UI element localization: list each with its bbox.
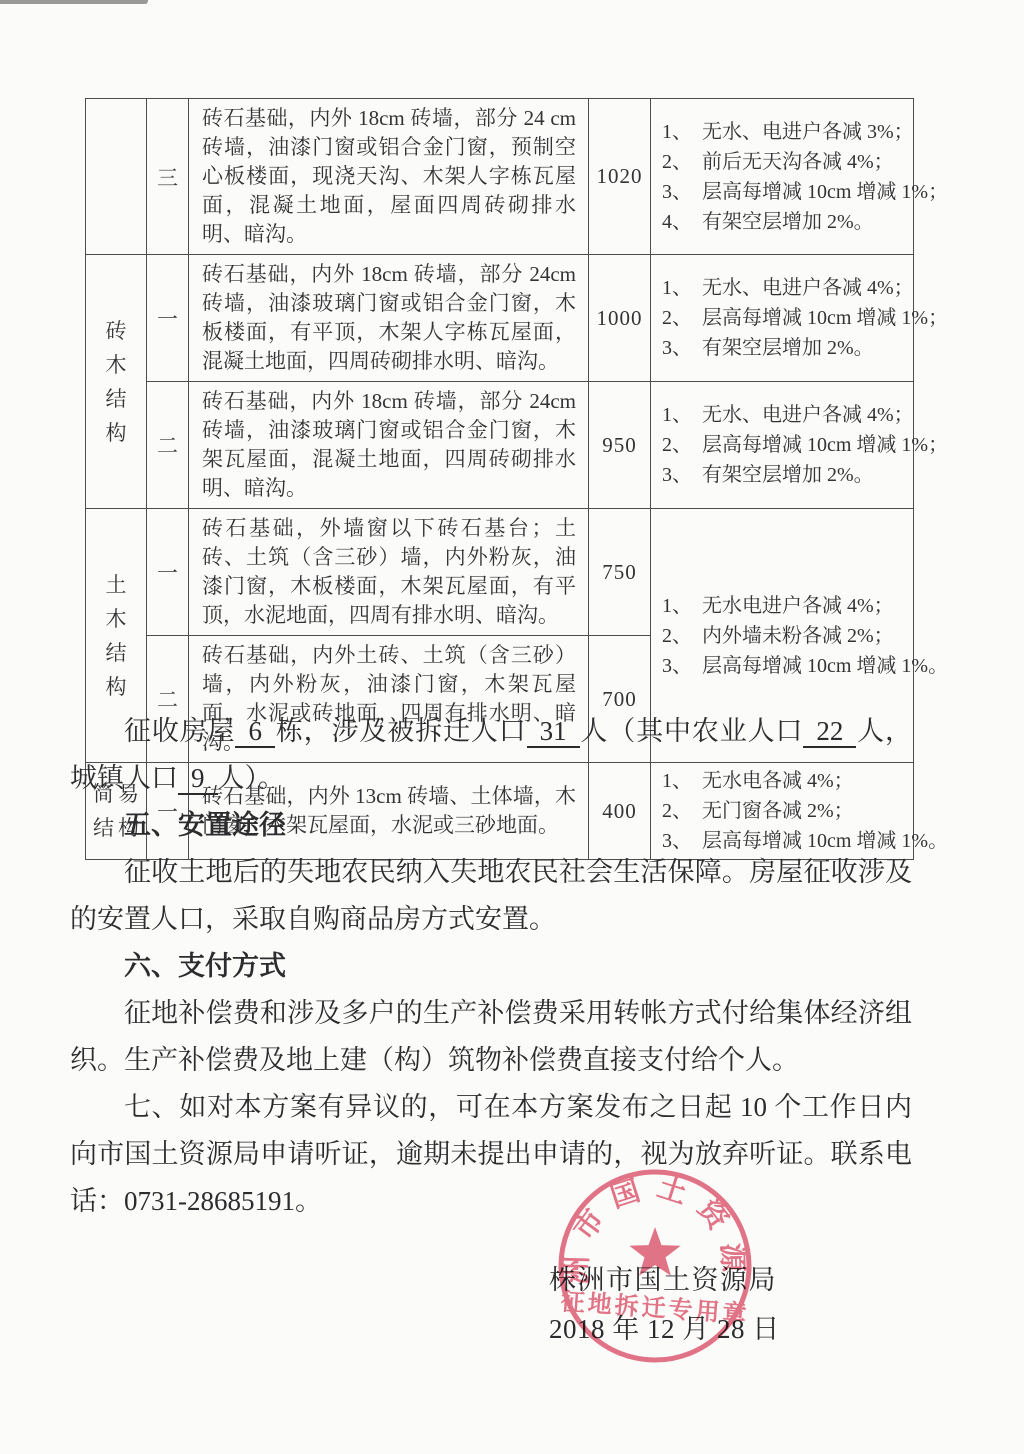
paragraph-resettlement: 征收土地后的失地农民纳入失地农民社会生活保障。房屋征收涉及的安置人口，采取自购商… xyxy=(70,849,912,943)
document-page: 三砖石基础，内外 18cm 砖墙，部分 24 cm 砖墙，油漆门窗或铝合金门窗，… xyxy=(0,0,1024,1454)
structure-type-text: 构 xyxy=(86,416,146,450)
note-line: 3、 层高每增减 10cm 增减 1%。 xyxy=(662,651,909,681)
adjustment-notes-cell: 1、 无水、电进户各减 3%；2、 前后无天沟各减 4%；3、 层高每增减 10… xyxy=(651,99,914,255)
paragraph-payment-method: 征地补偿费和涉及多户的生产补偿费采用转帐方式付给集体经济组织。生产补偿费及地上建… xyxy=(70,990,912,1084)
note-line: 1、 无水、电进户各减 4%； xyxy=(662,400,909,430)
paragraph-housing-summary: 征收房屋6栋，涉及被拆迁人口31人（其中农业人口22人，城镇人口9人）。 xyxy=(70,708,912,802)
note-line: 2、 前后无天沟各减 4%； xyxy=(662,147,909,177)
price-cell: 750 xyxy=(589,509,651,636)
note-line: 3、 有架空层增加 2%。 xyxy=(662,460,909,490)
table-row: 土木结构一砖石基础，外墙窗以下砖石基台；土砖、土筑（含三砂）墙，内外粉灰，油漆门… xyxy=(86,509,914,636)
description-cell: 砖石基础，内外 18cm 砖墙，部分 24cm 砖墙，油漆玻璃门窗或铝合金门窗，… xyxy=(189,382,589,509)
seal-banner-text: 征地拆迁专用章 xyxy=(560,1287,750,1328)
note-line: 2、 内外墙未粉各减 2%； xyxy=(662,621,909,651)
underlined-number: 22 xyxy=(803,716,856,748)
price-cell: 1000 xyxy=(589,255,651,382)
table-row: 二砖石基础，内外 18cm 砖墙，部分 24cm 砖墙，油漆玻璃门窗或铝合金门窗… xyxy=(86,382,914,509)
grade-cell: 三 xyxy=(147,99,189,255)
structure-type-text: 砖 xyxy=(86,314,146,348)
underlined-number: 6 xyxy=(235,716,275,748)
description-cell: 砖石基础，外墙窗以下砖石基台；土砖、土筑（含三砂）墙，内外粉灰，油漆门窗，木板楼… xyxy=(189,509,589,636)
table-row: 砖木结构一砖石基础，内外 18cm 砖墙，部分 24cm 砖墙，油漆玻璃门窗或铝… xyxy=(86,255,914,382)
scan-edge-artifact xyxy=(0,0,148,4)
text-segment: 征收房屋 xyxy=(124,716,235,746)
table-row: 三砖石基础，内外 18cm 砖墙，部分 24 cm 砖墙，油漆门窗或铝合金门窗，… xyxy=(86,99,914,255)
underlined-number: 9 xyxy=(178,763,218,795)
note-line: 3、 有架空层增加 2%。 xyxy=(662,333,909,363)
description-cell: 砖石基础，内外 18cm 砖墙，部分 24 cm 砖墙，油漆门窗或铝合金门窗，预… xyxy=(189,99,589,255)
star-icon xyxy=(629,1227,680,1276)
structure-type-cell xyxy=(86,99,147,255)
price-cell: 1020 xyxy=(589,99,651,255)
note-line: 1、 无水、电进户各减 4%； xyxy=(662,273,909,303)
grade-cell: 一 xyxy=(147,255,189,382)
text-segment: 人（其中农业人口 xyxy=(580,716,804,746)
structure-type-text: 构 xyxy=(86,670,146,704)
note-line: 2、 层高每增减 10cm 增减 1%； xyxy=(662,430,909,460)
heading-section-5: 五、安置途径 xyxy=(70,802,912,849)
structure-type-cell: 砖木结构 xyxy=(86,255,147,509)
note-line: 2、 层高每增减 10cm 增减 1%； xyxy=(662,303,909,333)
note-line: 1、 无水电进户各减 4%； xyxy=(662,591,909,621)
description-cell: 砖石基础，内外 18cm 砖墙，部分 24cm 砖墙，油漆玻璃门窗或铝合金门窗，… xyxy=(189,255,589,382)
document-body: 征收房屋6栋，涉及被拆迁人口31人（其中农业人口22人，城镇人口9人）。 五、安… xyxy=(70,708,912,1225)
adjustment-notes-cell: 1、 无水、电进户各减 4%；2、 层高每增减 10cm 增减 1%；3、 有架… xyxy=(651,255,914,382)
text-segment: 栋，涉及被拆迁人口 xyxy=(275,716,527,746)
price-cell: 950 xyxy=(589,382,651,509)
adjustment-notes-cell: 1、 无水、电进户各减 4%；2、 层高每增减 10cm 增减 1%；3、 有架… xyxy=(651,382,914,509)
structure-type-text: 土 xyxy=(86,568,146,602)
official-seal-stamp: 株洲市国土资源局 征地拆迁专用章 xyxy=(549,1160,761,1372)
text-segment: 人）。 xyxy=(218,763,286,793)
note-line: 3、 层高每增减 10cm 增减 1%； xyxy=(662,177,909,207)
structure-type-text: 木 xyxy=(86,602,146,636)
structure-type-text: 结 xyxy=(86,636,146,670)
underlined-number: 31 xyxy=(527,716,580,748)
grade-cell: 二 xyxy=(147,382,189,509)
note-line: 4、 有架空层增加 2%。 xyxy=(662,207,909,237)
heading-section-6: 六、支付方式 xyxy=(70,943,912,990)
note-line: 1、 无水、电进户各减 3%； xyxy=(662,117,909,147)
paragraph-objection-hearing: 七、如对本方案有异议的，可在本方案发布之日起 10 个工作日内向市国土资源局申请… xyxy=(70,1084,912,1225)
structure-type-text: 结 xyxy=(86,382,146,416)
structure-type-text: 木 xyxy=(86,348,146,382)
grade-cell: 一 xyxy=(147,509,189,636)
